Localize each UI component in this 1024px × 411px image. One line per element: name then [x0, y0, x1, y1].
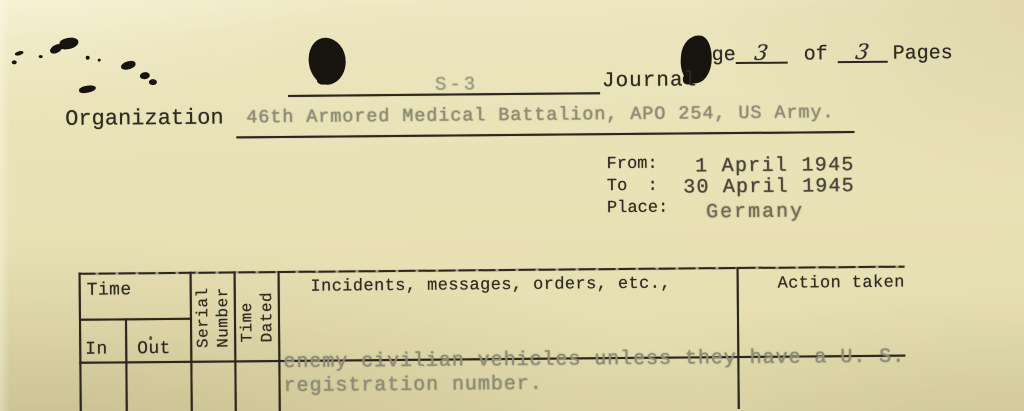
page-number-blank: 3 [736, 41, 788, 64]
journal-label: Journal [602, 69, 697, 93]
journal-entry-line1: enemy civilian vehicles unless they have… [283, 346, 905, 374]
ink-speck [98, 59, 101, 62]
place-value: Germany [706, 200, 804, 224]
scanned-journal-page: ge3of3Pages S-3 Journal Organization 46t… [0, 0, 1024, 411]
organization-label: Organization [65, 106, 224, 132]
to-label: To : [607, 177, 658, 196]
time-column-header: Time [87, 280, 132, 300]
serial-header-line1: Serial [194, 287, 213, 348]
pages-label: Pages [893, 42, 953, 66]
section-blank-value: S-3 [435, 73, 478, 95]
from-label: From: [607, 155, 658, 174]
page-number-line: ge3of3Pages [712, 39, 953, 67]
action-column-header: Action taken [764, 273, 919, 293]
in-out-divider [125, 318, 128, 411]
page-word-fragment: ge [712, 44, 736, 67]
place-label: Place: [607, 199, 668, 219]
total-pages-blank: 3 [838, 40, 888, 63]
to-value: 30 April 1945 [680, 175, 855, 200]
time-out-column-header: Out [137, 339, 171, 359]
time-dated-column-header: Time Dated [234, 273, 281, 361]
journal-entry-line2: registration number. [283, 373, 542, 398]
table-left-border [79, 273, 82, 411]
ink-speck [59, 36, 80, 50]
ink-blot [317, 76, 329, 85]
ink-speck [139, 71, 150, 79]
ink-speck [14, 50, 24, 56]
serial-number-column-header: Serial Number [190, 273, 237, 361]
organization-value: 46th Armored Medical Battalion, APO 254,… [246, 102, 834, 128]
ink-speck [86, 56, 90, 60]
ink-speck [79, 84, 97, 93]
of-label: of [804, 43, 828, 66]
incidents-column-header: Incidents, messages, orders, etc., [279, 274, 703, 297]
incidents-action-divider [737, 267, 740, 409]
ink-speck [149, 79, 157, 85]
organization-underline [236, 131, 854, 138]
time-in-column-header: In [85, 340, 108, 360]
ink-speck [12, 60, 17, 64]
serial-header-line2: Number [214, 287, 233, 348]
ink-speck [120, 60, 137, 72]
time-dated-header-line2: Dated [258, 292, 276, 343]
total-pages-value: 3 [854, 40, 871, 64]
ink-speck [39, 55, 43, 58]
time-subheader-divider [80, 318, 192, 321]
time-dated-header-line1: Time [238, 302, 256, 343]
page-number-value: 3 [753, 41, 770, 65]
